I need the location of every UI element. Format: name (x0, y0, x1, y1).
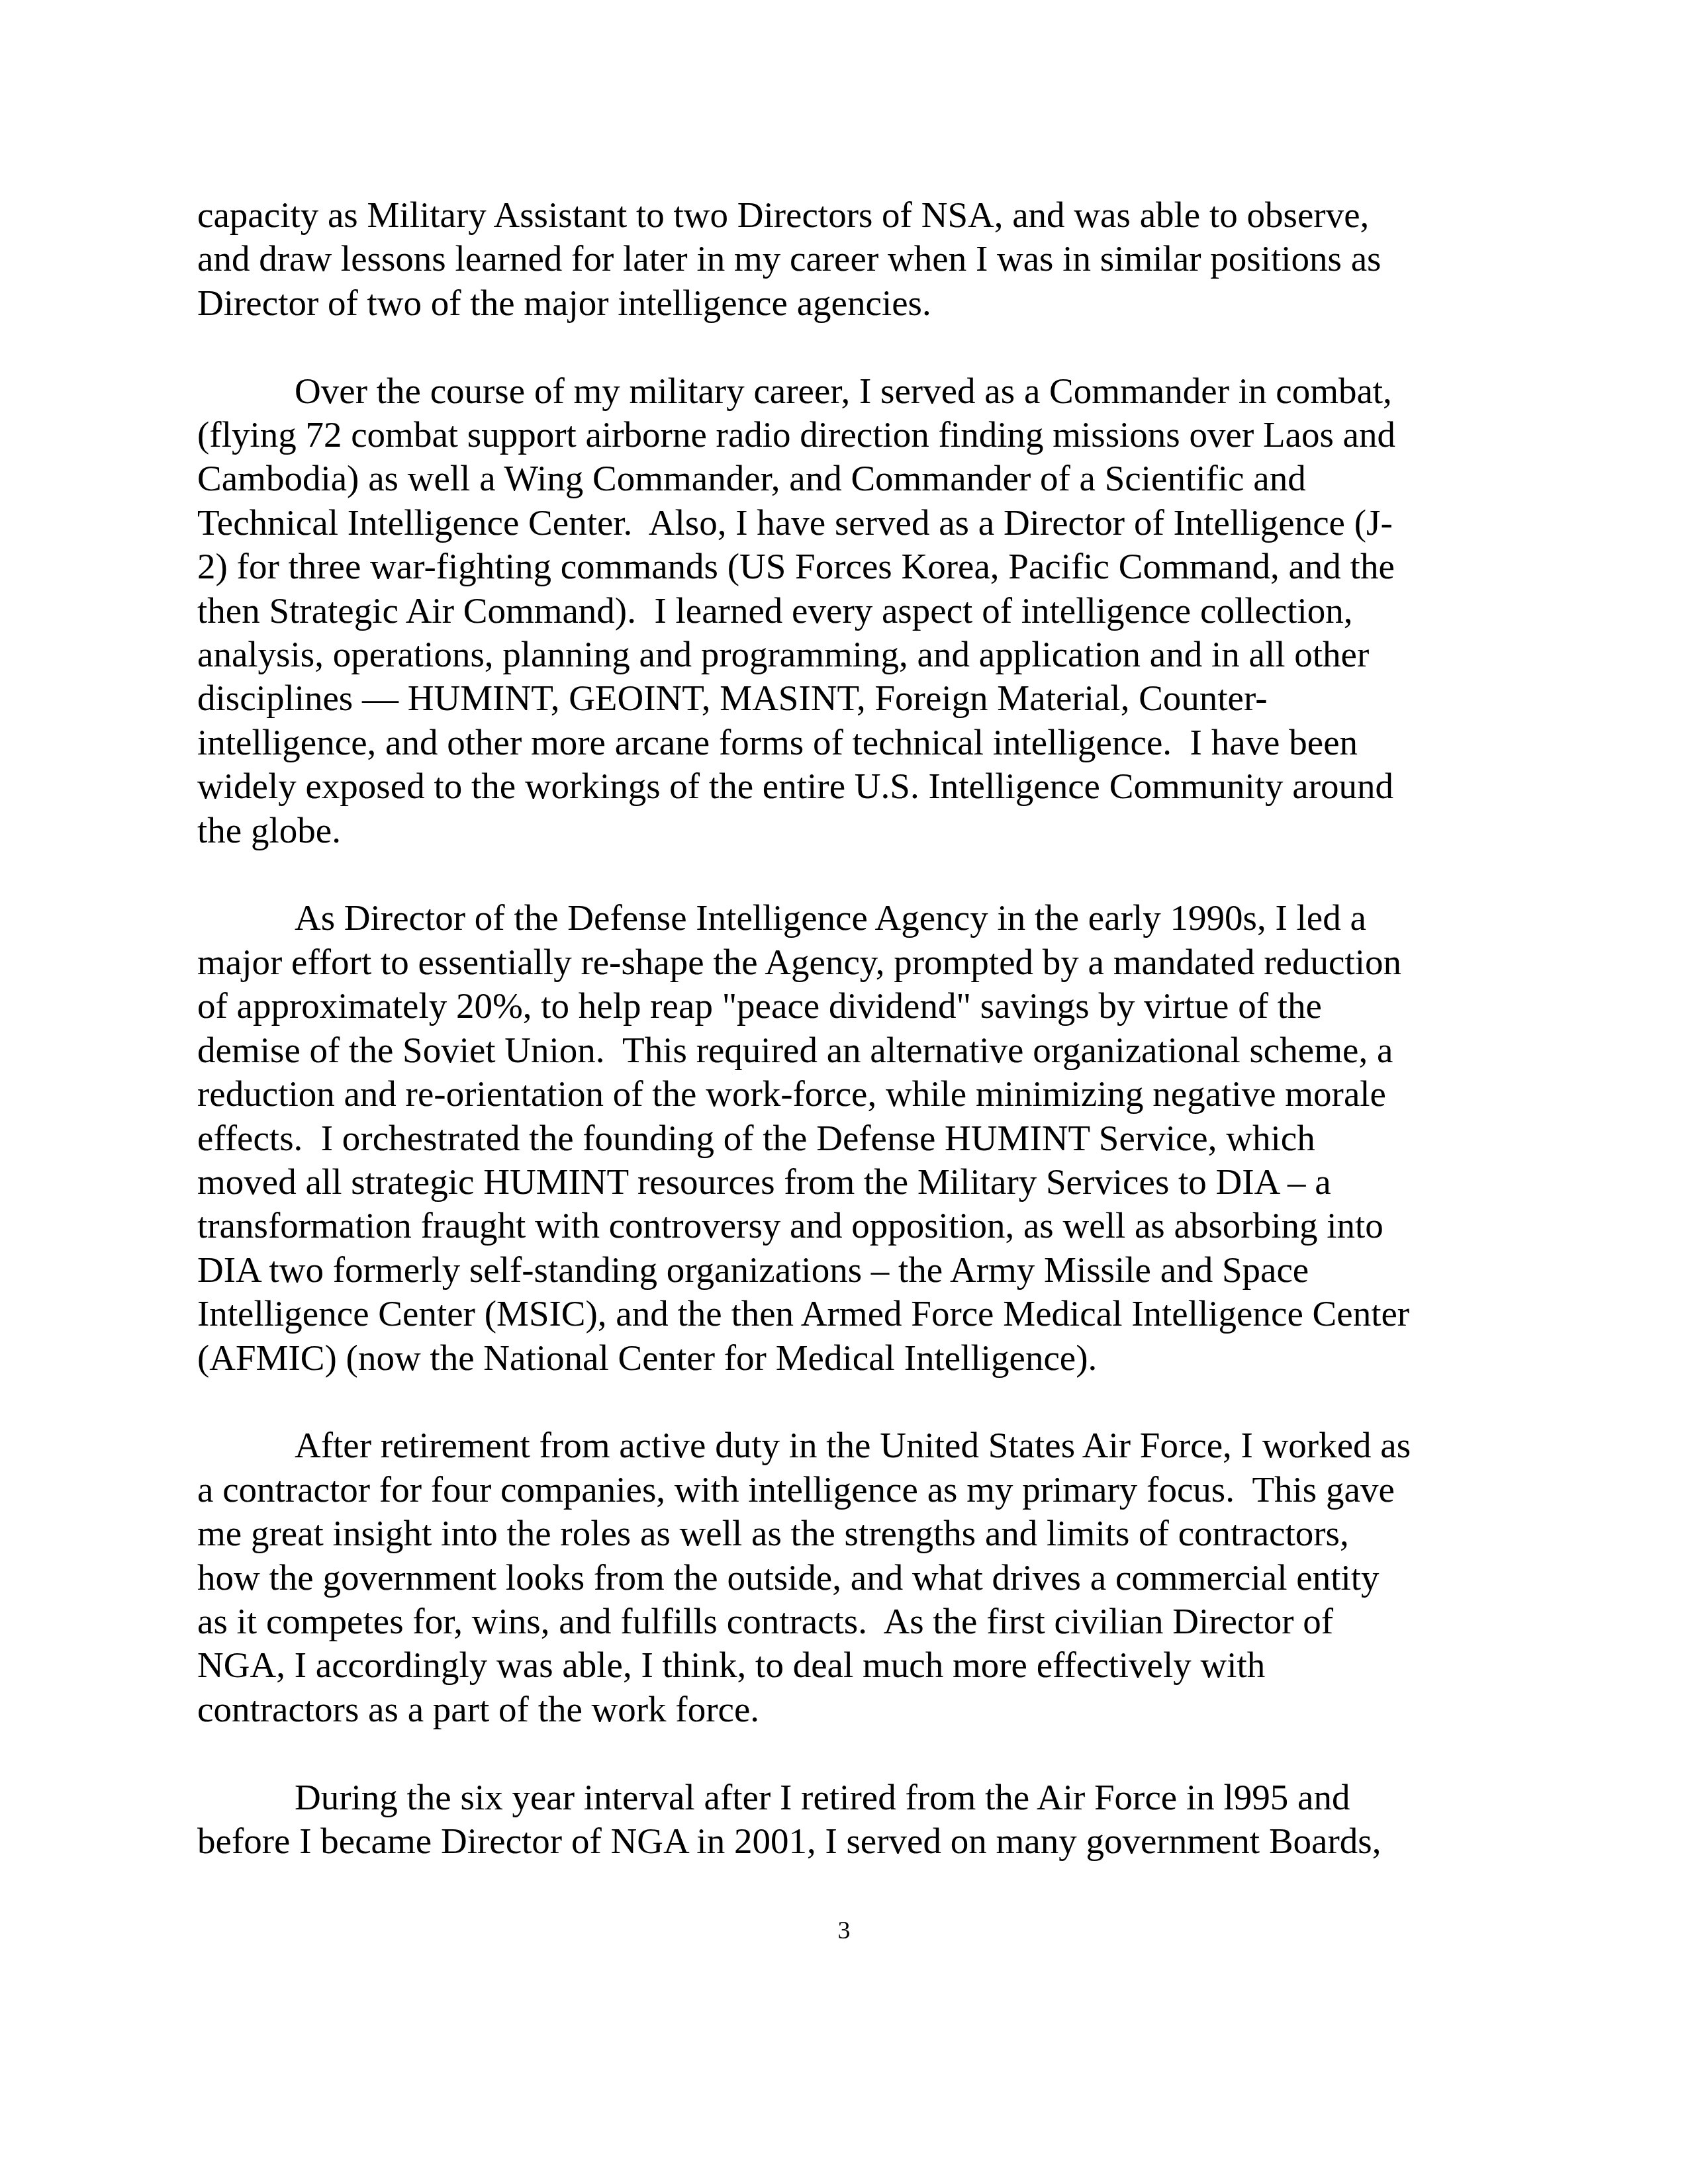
text-line: Over the course of my military career, I… (197, 369, 1495, 413)
paragraph: After retirement from active duty in the… (197, 1424, 1495, 1731)
text-line: transformation fraught with controversy … (197, 1204, 1495, 1248)
text-line: as it competes for, wins, and fulfills c… (197, 1600, 1495, 1643)
text-line: of approximately 20%, to help reap "peac… (197, 984, 1495, 1028)
text-line: a contractor for four companies, with in… (197, 1468, 1495, 1512)
text-line: intelligence, and other more arcane form… (197, 721, 1495, 764)
text-line: DIA two formerly self-standing organizat… (197, 1248, 1495, 1292)
text-line: (flying 72 combat support airborne radio… (197, 413, 1495, 457)
text-line: demise of the Soviet Union. This require… (197, 1028, 1495, 1072)
text-line: capacity as Military Assistant to two Di… (197, 193, 1495, 237)
text-line: analysis, operations, planning and progr… (197, 633, 1495, 676)
text-line: the globe. (197, 809, 1495, 852)
text-line: widely exposed to the workings of the en… (197, 764, 1495, 808)
text-line: reduction and re-orientation of the work… (197, 1072, 1495, 1116)
paragraph: capacity as Military Assistant to two Di… (197, 193, 1495, 325)
document-page: capacity as Military Assistant to two Di… (0, 0, 1688, 2184)
text-line: Technical Intelligence Center. Also, I h… (197, 501, 1495, 545)
text-line: major effort to essentially re-shape the… (197, 940, 1495, 984)
text-line: After retirement from active duty in the… (197, 1424, 1495, 1467)
text-line: then Strategic Air Command). I learned e… (197, 589, 1495, 633)
text-line: before I became Director of NGA in 2001,… (197, 1819, 1495, 1863)
page-number: 3 (0, 1916, 1688, 1945)
text-line: Cambodia) as well a Wing Commander, and … (197, 457, 1495, 500)
paragraph: During the six year interval after I ret… (197, 1776, 1495, 1864)
text-line: (AFMIC) (now the National Center for Med… (197, 1336, 1495, 1380)
paragraph: As Director of the Defense Intelligence … (197, 896, 1495, 1379)
text-line: effects. I orchestrated the founding of … (197, 1116, 1495, 1160)
text-line: me great insight into the roles as well … (197, 1512, 1495, 1555)
text-line: Director of two of the major intelligenc… (197, 281, 1495, 325)
text-line: As Director of the Defense Intelligence … (197, 896, 1495, 940)
text-line: NGA, I accordingly was able, I think, to… (197, 1643, 1495, 1687)
document-body: capacity as Military Assistant to two Di… (197, 193, 1495, 1907)
text-line: During the six year interval after I ret… (197, 1776, 1495, 1819)
text-line: 2) for three war-fighting commands (US F… (197, 545, 1495, 588)
text-line: how the government looks from the outsid… (197, 1556, 1495, 1600)
text-line: Intelligence Center (MSIC), and the then… (197, 1292, 1495, 1336)
paragraph: Over the course of my military career, I… (197, 369, 1495, 852)
text-line: and draw lessons learned for later in my… (197, 237, 1495, 281)
text-line: contractors as a part of the work force. (197, 1688, 1495, 1731)
text-line: moved all strategic HUMINT resources fro… (197, 1160, 1495, 1204)
text-line: disciplines — HUMINT, GEOINT, MASINT, Fo… (197, 676, 1495, 720)
